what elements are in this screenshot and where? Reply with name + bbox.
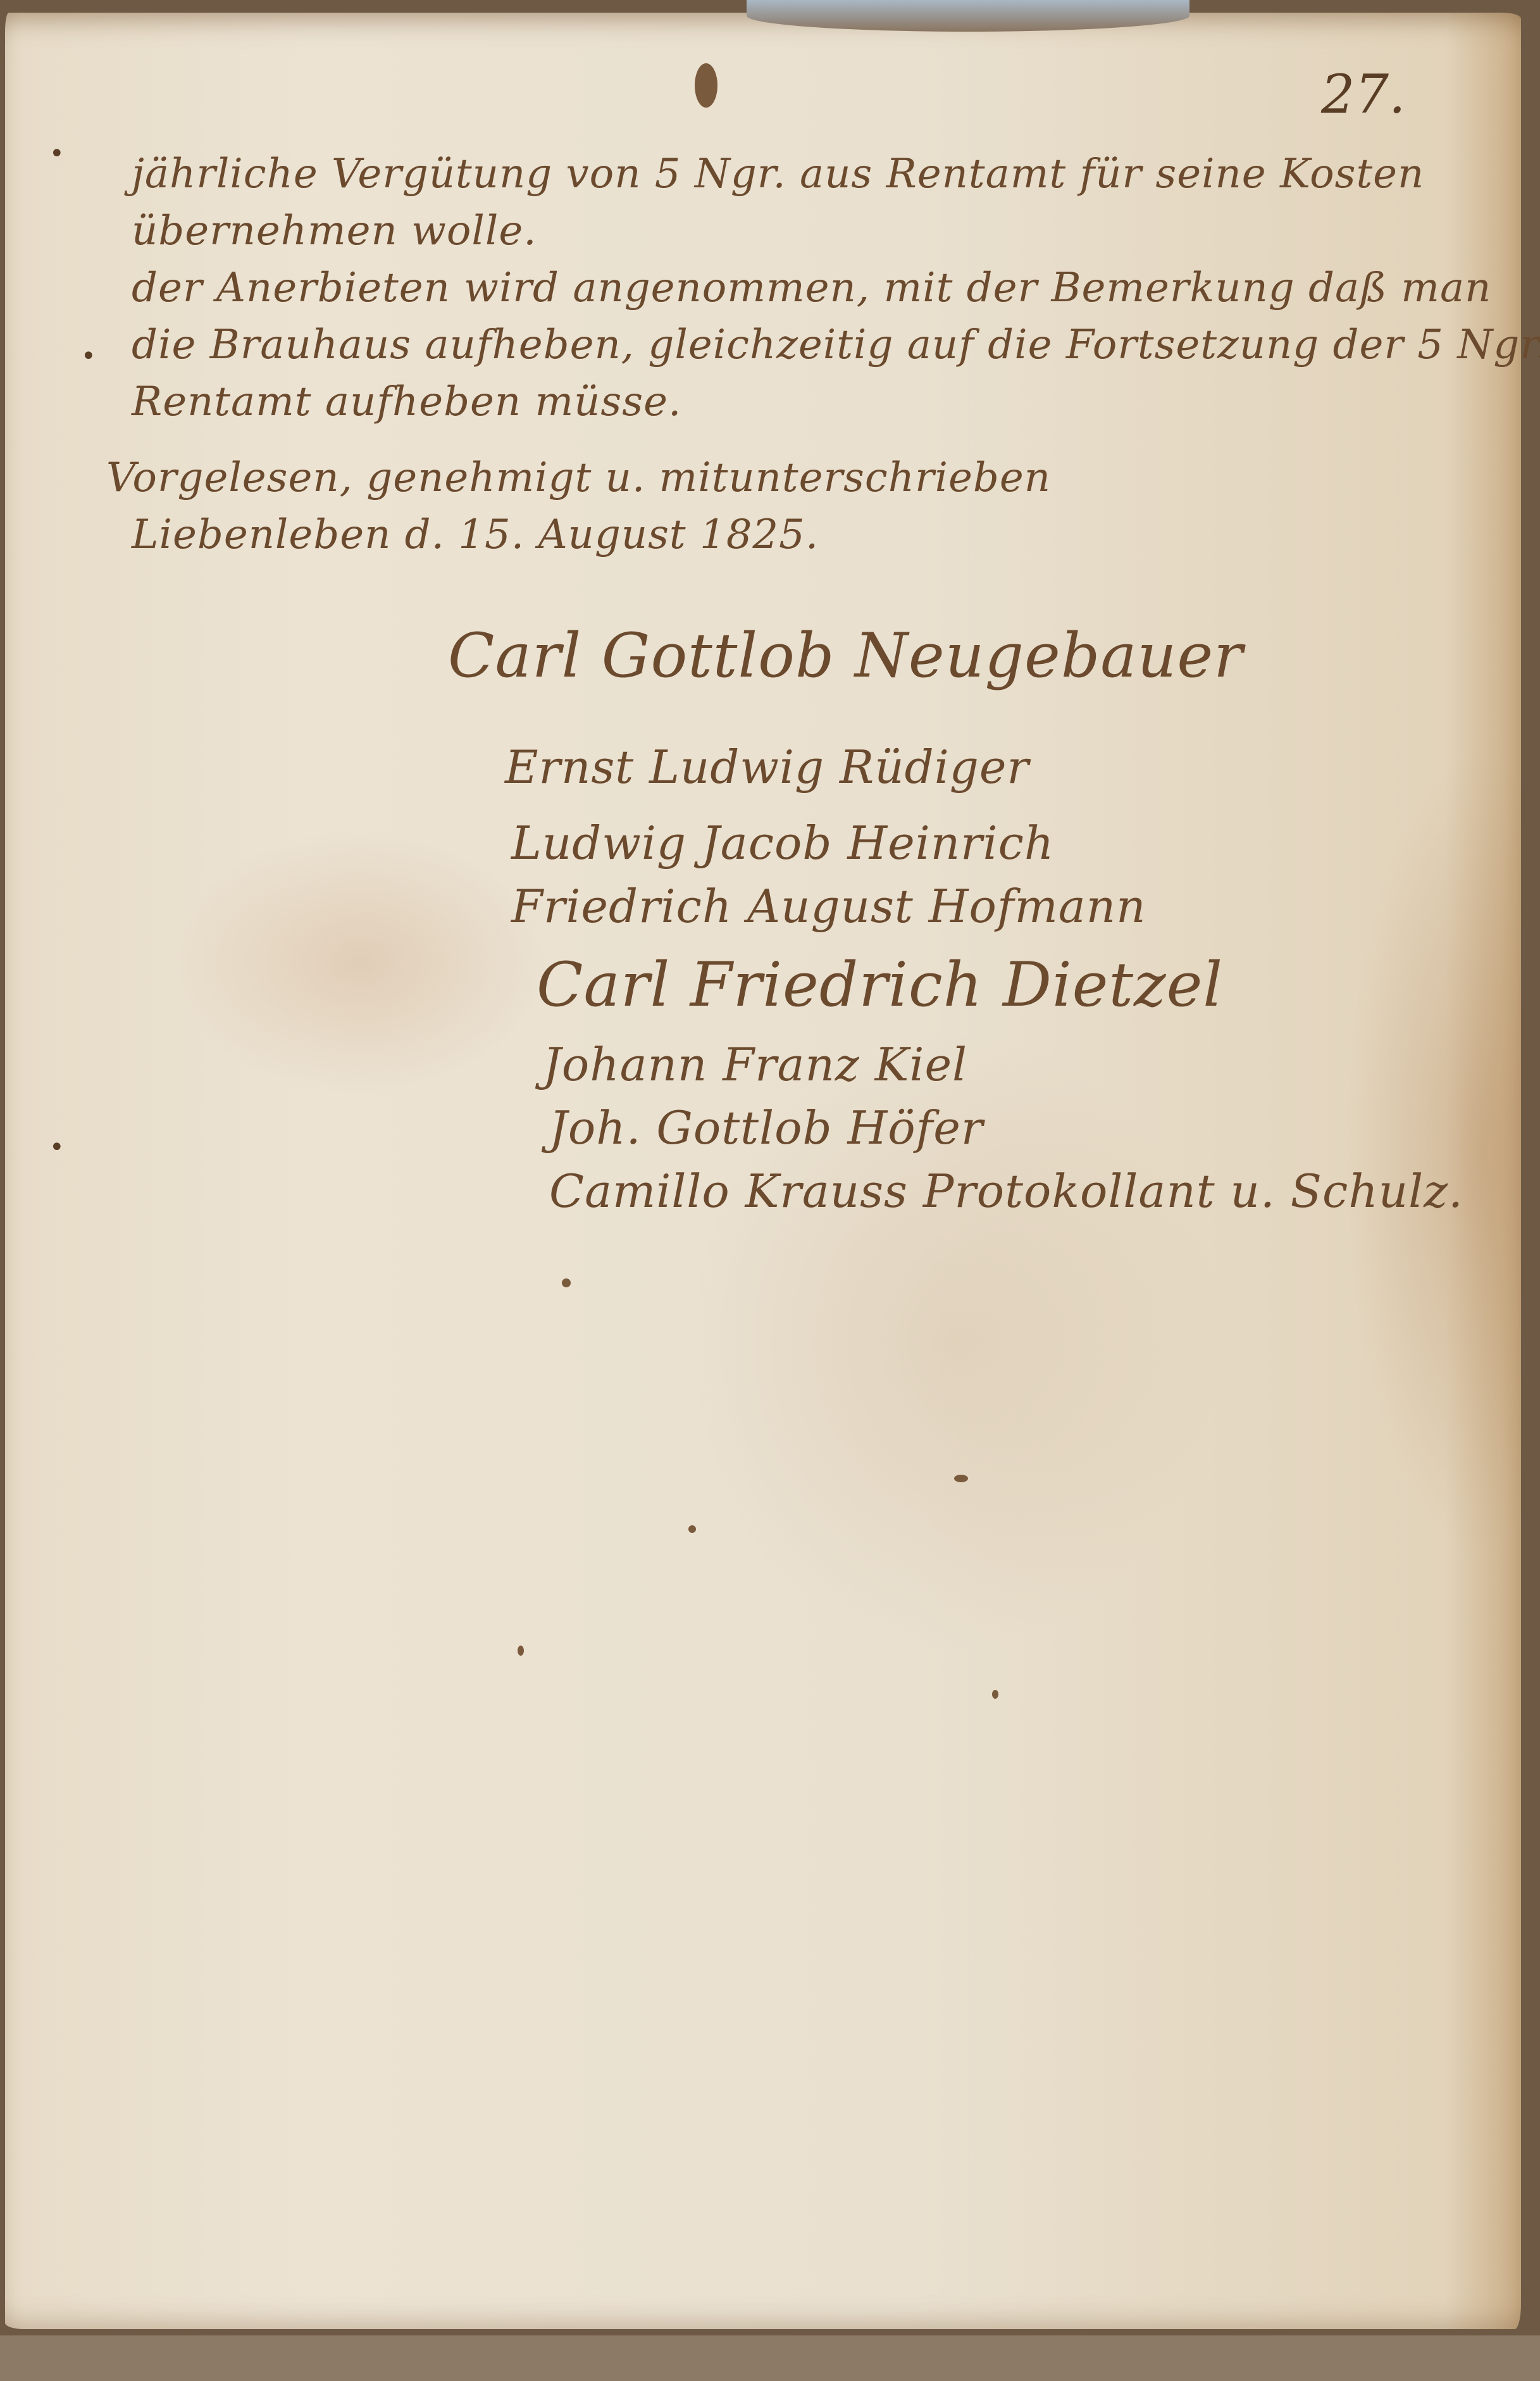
signature-6: Johann Franz Kiel	[543, 1038, 967, 1091]
body-line-4: die Brauhaus aufheben, gleichzeitig auf …	[132, 323, 1540, 367]
signature-2: Ernst Ludwig Rüdiger	[505, 741, 1029, 794]
body-line-6: Vorgelesen, genehmigt u. mitunterschrieb…	[106, 456, 1051, 500]
margin-mark: •	[49, 1133, 65, 1162]
page-bottom-edge	[0, 2335, 1540, 2381]
ink-blot	[695, 63, 717, 108]
signature-4: Friedrich August Hofmann	[511, 880, 1146, 933]
margin-mark: •	[49, 139, 65, 168]
folio-number: 27.	[1321, 63, 1406, 125]
ink-spot	[954, 1475, 968, 1482]
body-line-3: der Anerbieten wird angenommen, mit der …	[132, 266, 1491, 310]
signature-5: Carl Friedrich Dietzel	[537, 949, 1223, 1020]
body-line-1: jährliche Vergütung von 5 Ngr. aus Renta…	[132, 152, 1424, 196]
body-line-7: Liebenleben d. 15. August 1825.	[132, 513, 819, 557]
ink-spot	[562, 1278, 571, 1287]
signature-8: Camillo Krauss Protokollant u. Schulz.	[549, 1165, 1463, 1218]
page-top-edge	[747, 0, 1189, 32]
signature-1: Carl Gottlob Neugebauer	[448, 620, 1243, 691]
body-line-2: übernehmen wolle.	[132, 209, 537, 253]
signature-7: Joh. Gottlob Höfer	[549, 1101, 983, 1154]
ink-spot	[992, 1690, 998, 1699]
ink-spot	[518, 1646, 524, 1656]
body-line-5: Rentamt aufheben müsse.	[132, 380, 681, 424]
ink-spot	[688, 1525, 696, 1533]
document-page: 27. • • • jährliche Vergütung von 5 Ngr.…	[5, 13, 1521, 2329]
margin-mark: •	[81, 342, 96, 371]
signature-3: Ludwig Jacob Heinrich	[511, 816, 1054, 870]
